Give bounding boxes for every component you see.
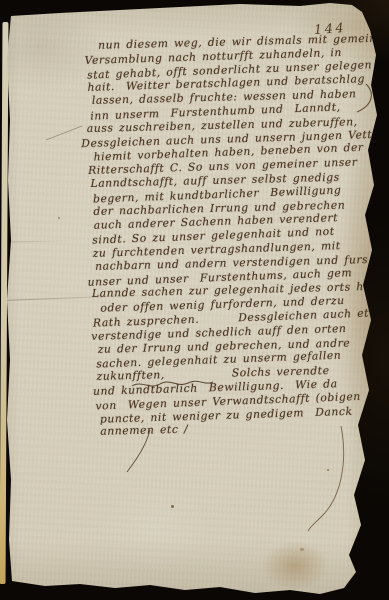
ink-speck [58, 217, 60, 219]
long-flourish [308, 426, 344, 531]
ink-speck [327, 469, 329, 471]
ink-speck [171, 505, 174, 508]
photo-background: 144 nun diesem weg, die wir dismals mit … [0, 0, 389, 600]
manuscript-page: 144 nun diesem weg, die wir dismals mit … [0, 0, 389, 600]
fold-crease [0, 240, 72, 243]
stain-fleck [300, 548, 304, 551]
manuscript-text: nun diesem weg, die wir dismals mit geme… [84, 31, 389, 440]
pencil-mark [46, 126, 82, 140]
